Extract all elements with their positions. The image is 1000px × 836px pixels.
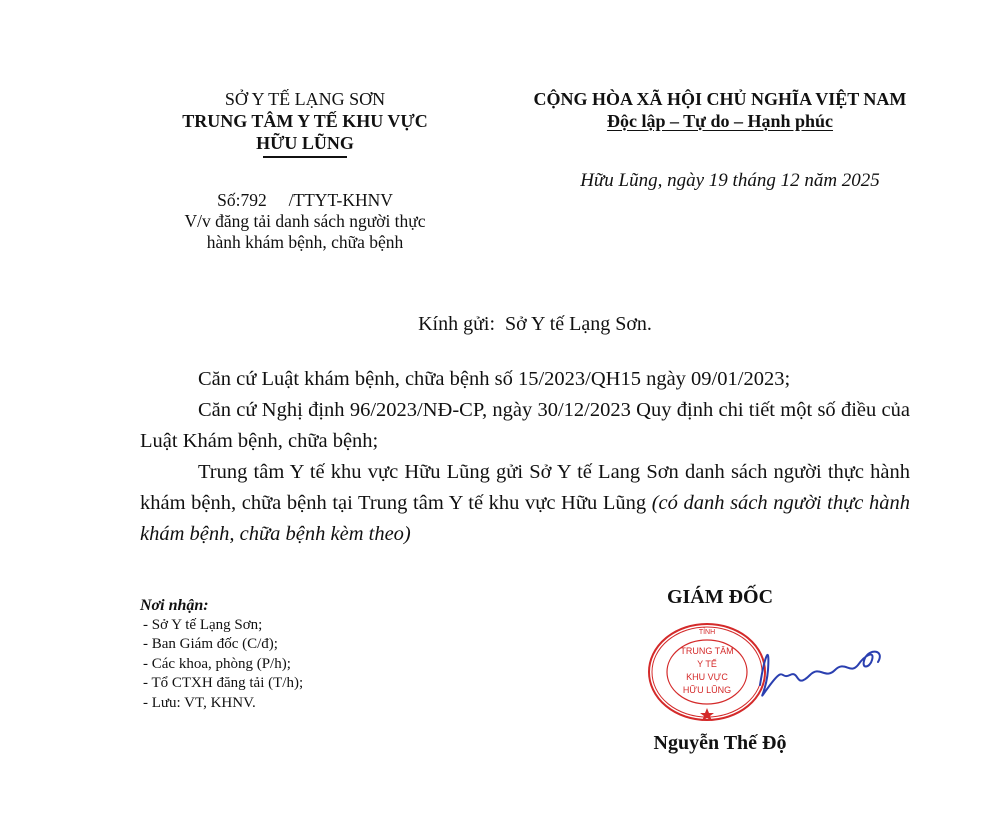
- salutation: Kính gửi: Sở Y tế Lạng Sơn.: [140, 313, 930, 336]
- svg-text:Y TẾ: Y TẾ: [697, 659, 717, 669]
- svg-text:KHU VỰC: KHU VỰC: [686, 672, 728, 682]
- signer-title: GIÁM ĐỐC: [640, 586, 800, 609]
- recipient-item: - Lưu: VT, KHNV.: [140, 694, 470, 714]
- nation-title: CỘNG HÒA XÃ HỘI CHỦ NGHĨA VIỆT NAM: [500, 88, 940, 110]
- document-reference: Số:792 /TTYT-KHNV V/v đăng tải danh sách…: [140, 190, 470, 253]
- subject-line1: V/v đăng tải danh sách người thực: [140, 211, 470, 232]
- issuing-agency-header: SỞ Y TẾ LẠNG SƠN TRUNG TÂM Y TẾ KHU VỰC …: [140, 88, 470, 158]
- recipients-block: Nơi nhận: - Sở Y tế Lạng Sơn; - Ban Giám…: [140, 596, 470, 713]
- document-date: Hữu Lũng, ngày 19 tháng 12 năm 2025: [500, 170, 960, 192]
- svg-text:TỈNH: TỈNH: [699, 627, 715, 636]
- handwritten-signature-icon: [740, 630, 890, 710]
- national-motto: Độc lập – Tự do – Hạnh phúc: [500, 110, 940, 132]
- body-paragraph-2: Căn cứ Nghị định 96/2023/NĐ-CP, ngày 30/…: [140, 395, 910, 457]
- department-name: SỞ Y TẾ LẠNG SƠN: [140, 88, 470, 110]
- subject-line2: hành khám bệnh, chữa bệnh: [140, 232, 470, 253]
- svg-text:HỮU LŨNG: HỮU LŨNG: [683, 685, 731, 695]
- document-number: Số:792 /TTYT-KHNV: [140, 190, 470, 211]
- body-paragraph-3: Trung tâm Y tế khu vực Hữu Lũng gửi Sở Y…: [140, 457, 910, 550]
- signer-name: Nguyễn Thế Độ: [620, 732, 820, 755]
- svg-text:TRUNG TÂM: TRUNG TÂM: [680, 646, 733, 656]
- recipient-item: - Ban Giám đốc (C/đ);: [140, 635, 470, 655]
- center-name-line2: HỮU LŨNG: [140, 132, 470, 154]
- center-name-line1: TRUNG TÂM Y TẾ KHU VỰC: [140, 110, 470, 132]
- recipient-item: - Tổ CTXH đăng tải (T/h);: [140, 674, 470, 694]
- header-divider: [263, 156, 347, 158]
- recipients-title: Nơi nhận:: [140, 596, 470, 616]
- document-body: Căn cứ Luật khám bệnh, chữa bệnh số 15/2…: [140, 364, 910, 550]
- recipient-item: - Sở Y tế Lạng Sơn;: [140, 616, 470, 636]
- recipient-item: - Các khoa, phòng (P/h);: [140, 655, 470, 675]
- body-paragraph-1: Căn cứ Luật khám bệnh, chữa bệnh số 15/2…: [140, 364, 910, 395]
- national-header: CỘNG HÒA XÃ HỘI CHỦ NGHĨA VIỆT NAM Độc l…: [500, 88, 940, 132]
